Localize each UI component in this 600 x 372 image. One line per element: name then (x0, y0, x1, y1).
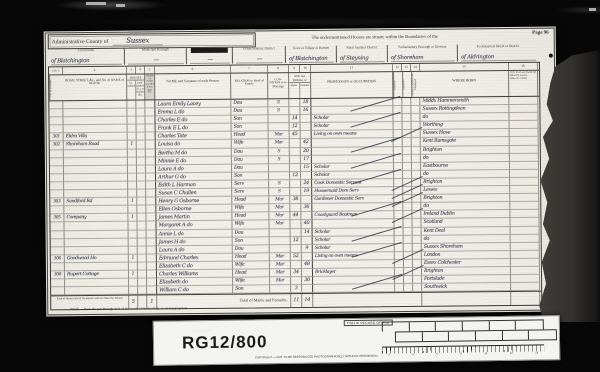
cell-employed (402, 98, 411, 106)
cell-inhabited (128, 206, 137, 214)
cell-infirmity (510, 137, 539, 145)
cell-rooms (147, 254, 157, 262)
cell-age-female (302, 253, 313, 261)
district-box-municipal-ward: Municipal Ward — (186, 47, 232, 64)
cell-employer (393, 98, 402, 106)
cell-age-male (291, 245, 302, 253)
cell-rooms (146, 125, 156, 133)
cell-age-female: 9 (302, 245, 313, 253)
cell-condition: S (269, 156, 290, 164)
cell-uninhabited (137, 149, 146, 157)
cell-rooms (146, 206, 156, 214)
cell-age-male: 34 (291, 269, 302, 277)
census-page: Administrative County of Sussex The unde… (44, 27, 559, 317)
cell-inhabited (128, 133, 137, 141)
cell-rooms (147, 246, 157, 254)
header-infirmity: If (1) Deaf-and-Dumb (2) Blind (3) Lunat… (509, 71, 538, 96)
cell-employer (394, 122, 403, 130)
cell-employed (403, 122, 412, 130)
cell-age-female: 19 (301, 188, 312, 196)
cell-inhabited (129, 246, 138, 254)
cell-condition: Mar (269, 212, 290, 220)
cell-age-male (291, 228, 302, 236)
piece-reference: RG12/800 (182, 332, 268, 353)
cell-employed (403, 138, 412, 146)
cell-inhabited: 1 (128, 198, 137, 206)
cell-age-female: 20 (301, 147, 312, 155)
cell-age-female: 36 (301, 204, 312, 212)
cell-uninhabited (136, 117, 145, 125)
ruler-number: 6 (436, 353, 437, 356)
cell-inhabited: 1 (129, 254, 138, 262)
cell-infirmity (511, 267, 540, 275)
cell-rooms (146, 181, 156, 189)
cell-schedule (51, 231, 65, 239)
cell-condition: S (268, 99, 289, 107)
cell-uninhabited (138, 270, 147, 278)
cell-infirmity (511, 242, 540, 250)
cell-condition: Mar (269, 196, 290, 204)
cell-inhabited (128, 173, 137, 181)
cell-age-female: 17 (301, 156, 312, 164)
cell-schedule: 308 (51, 271, 65, 279)
header-females: Females (300, 83, 311, 98)
cell-infirmity (509, 105, 538, 113)
cell-rooms (146, 189, 156, 197)
cell-schedule: 301 (50, 134, 64, 142)
cell-inhabited (128, 222, 137, 230)
cell-infirmity (511, 234, 540, 242)
cell-age-male (290, 139, 301, 147)
cell-age-male: 44 (290, 212, 301, 220)
column-number: 10 (300, 65, 311, 72)
cell-employer (393, 114, 402, 122)
film-scratch (116, 4, 125, 7)
cell-rooms (145, 117, 155, 125)
cell-neither (413, 235, 422, 243)
cell-employed (403, 163, 412, 171)
header-rooms: Number of rooms occupied if less than fi… (145, 74, 155, 99)
microfilm-photo: { "form": { "admin_county_label": "Admin… (0, 0, 600, 372)
cell-age-female: 40 (301, 220, 312, 228)
cell-inhabited (127, 101, 136, 109)
administrative-county-label: Administrative County of (52, 38, 109, 45)
cell-schedule (50, 182, 64, 190)
cell-schedule (49, 101, 63, 109)
cell-inhabited (128, 165, 137, 173)
column-number: Cols. 1 (49, 67, 63, 74)
cell-uninhabited (138, 287, 147, 295)
cell-infirmity (510, 186, 539, 194)
cell-infirmity (511, 250, 540, 258)
cell-uninhabited (138, 262, 147, 270)
cell-inhabited: 1 (128, 141, 137, 149)
cell-neither (411, 98, 420, 106)
cell-neither (412, 146, 421, 154)
cell-employer (394, 155, 403, 163)
cell-employed (404, 284, 413, 292)
cell-schedule (51, 263, 65, 271)
cell-age-male (291, 277, 302, 285)
cell-uninhabited (138, 230, 147, 238)
cell-condition (269, 123, 290, 131)
cell-age-female (301, 131, 312, 139)
cell-age-male: 52 (291, 253, 302, 261)
cell-age-female (302, 269, 313, 277)
cell-infirmity (510, 178, 539, 186)
cell-uninhabited (137, 222, 146, 230)
cell-infirmity (511, 275, 540, 283)
cell-rooms (146, 198, 156, 206)
column-number: 14 (411, 64, 420, 71)
cell-employed (404, 244, 413, 252)
cell-employed (403, 155, 412, 163)
cell-neither (412, 163, 421, 171)
cell-neither (411, 114, 420, 122)
cell-uninhabited (137, 125, 146, 133)
cell-inhabited (129, 262, 138, 270)
column-number: 4 (136, 66, 145, 73)
header-houses-group: HOUSES In-habited Unin-habited (U.), or … (127, 74, 145, 99)
cell-infirmity (510, 170, 539, 178)
cell-schedule (51, 247, 65, 255)
cell-employed (403, 146, 412, 154)
district-box-parliamentary: Parliamentary Borough or Division of Sho… (387, 44, 457, 62)
cell-neither (411, 106, 420, 114)
cell-condition: Mar (269, 140, 290, 148)
cell-age-male: 12 (291, 237, 302, 245)
page-number: Page 96 (532, 31, 549, 36)
column-number: 5 (145, 66, 155, 73)
cell-condition: S (269, 188, 290, 196)
cell-rooms (145, 108, 155, 116)
cell-rooms (146, 214, 156, 222)
cell-uninhabited (137, 157, 146, 165)
cell-age-male (289, 99, 300, 107)
header-employer: Employer (393, 72, 402, 97)
cell-inhabited (128, 190, 137, 198)
cell-inhabited (128, 125, 137, 133)
cell-schedule (50, 174, 64, 182)
cell-uninhabited (137, 165, 146, 173)
header-occupation: PROFESSION or OCCUPATION (311, 72, 393, 98)
cell-infirmity (510, 145, 539, 153)
cell-inhabited (127, 117, 136, 125)
cell-age-male: 3 (291, 285, 302, 293)
cell-infirmity (511, 259, 540, 267)
cell-condition: Mar (269, 204, 290, 212)
cell-infirmity (510, 194, 539, 202)
cell-rooms (147, 230, 157, 238)
cell-age-female (301, 172, 312, 180)
cell-uninhabited (136, 100, 145, 108)
header-males: Males (289, 83, 300, 98)
district-box-municipal-borough: Municipal Borough — (124, 47, 186, 65)
cell-condition: S (268, 107, 289, 115)
cell-rooms (147, 270, 157, 278)
cell-inhabited: 1 (129, 271, 138, 279)
photographic-scale: 2468101214 (382, 319, 544, 356)
header-name: NAME and Surname of each Person (155, 74, 231, 100)
header-uninhabited: Unin-habited (U.), or Building (B.) (136, 81, 145, 100)
cell-uninhabited (137, 206, 146, 214)
ruler-number: 14 (535, 351, 538, 354)
cell-infirmity (510, 121, 539, 129)
cell-employed (403, 219, 412, 227)
cell-infirmity (509, 97, 538, 105)
cell-condition: Mar (270, 269, 291, 277)
cell-condition (270, 237, 291, 245)
cell-schedule: 306 (51, 255, 65, 263)
cell-age-male: 12 (290, 172, 301, 180)
cell-age-female: 30 (302, 277, 313, 285)
cell-rooms (146, 165, 156, 173)
cell-rooms (146, 222, 156, 230)
column-number: 7 (231, 65, 268, 72)
cell-condition: Mar (270, 253, 291, 261)
cell-infirmity (509, 113, 538, 121)
cell-rooms (146, 141, 156, 149)
cell-neither (412, 219, 421, 227)
cell-inhabited (127, 109, 136, 117)
cell-age-female (301, 196, 312, 204)
cell-inhabited (129, 287, 138, 295)
reference-strip: PUBLIC RECORD OFFICE ·········· RG12/800… (153, 315, 561, 366)
cell-uninhabited (138, 254, 147, 262)
cell-uninhabited (138, 279, 147, 287)
cell-employed (402, 114, 411, 122)
cell-employed (403, 203, 412, 211)
punch-hole (549, 54, 553, 58)
cell-employed (402, 106, 411, 114)
cell-age-female (301, 123, 312, 131)
column-number: 15 (420, 63, 509, 71)
cell-uninhabited (137, 198, 146, 206)
cell-schedule (50, 158, 64, 166)
district-box-ecclesiastical: Ecclesiastical Parish or District of Ald… (457, 44, 538, 62)
column-number: 9 (289, 65, 300, 72)
film-scratch (589, 8, 596, 11)
cell-employed (404, 260, 413, 268)
cell-rooms (146, 133, 156, 141)
district-box-rural-sanitary: Rural Sanitary District of Steyning (336, 45, 387, 62)
cell-infirmity (510, 218, 539, 226)
cell-age-female: 15 (301, 164, 312, 172)
cell-uninhabited (137, 190, 146, 198)
cell-inhabited (129, 230, 138, 238)
column-number: 2 (63, 67, 127, 75)
cell-employer (394, 171, 403, 179)
cell-employer (395, 244, 404, 252)
cell-neither (413, 227, 422, 235)
ruler-number: 10 (484, 352, 487, 355)
cell-age-female: 16 (300, 107, 311, 115)
cell-age-male (291, 261, 302, 269)
cell-infirmity (511, 226, 540, 234)
ruler-number: 8 (460, 353, 461, 356)
table-body: Laura Emily LaceyDauS18Middx Hammersmith… (49, 97, 541, 296)
cell-rooms (146, 157, 156, 165)
cell-age-male: 12 (290, 123, 301, 131)
cell-schedule (49, 117, 63, 125)
ruler-number: 2 (388, 354, 389, 357)
cell-employed (403, 171, 412, 179)
cell-condition (269, 164, 290, 172)
cell-age-male: 45 (290, 131, 301, 139)
cell-age-female: 18 (300, 99, 311, 107)
district-box-urban-sanitary: Urban Sanitary District — (232, 46, 285, 64)
cell-rooms (147, 238, 157, 246)
cell-schedule (49, 109, 63, 117)
cell-uninhabited (138, 246, 147, 254)
column-number: 8 (268, 65, 289, 72)
cell-age-female: 42 (301, 139, 312, 147)
cell-schedule (50, 166, 64, 174)
cell-neither (413, 284, 422, 292)
cell-condition (270, 245, 291, 253)
boundaries-statement: The undermentioned Houses are situate wi… (256, 33, 494, 40)
cell-employer (395, 228, 404, 236)
cell-condition: S (269, 180, 290, 188)
cell-condition: Mar (270, 277, 291, 285)
cell-age-male (290, 156, 301, 164)
cell-neither (412, 155, 421, 163)
cell-neither (413, 276, 422, 284)
header-age-group: AGE last Birthday of Males Females (289, 73, 311, 98)
cell-inhabited: 1 (128, 214, 137, 222)
cell-inhabited (129, 279, 138, 287)
cell-condition (269, 172, 290, 180)
census-table: Cols. 12345678910111213141516 No. of Sch… (48, 62, 542, 311)
cell-condition: S (269, 148, 290, 156)
cell-infirmity (510, 129, 539, 137)
cell-employed (404, 236, 413, 244)
column-number: 3 (127, 67, 136, 74)
cell-age-female (301, 212, 312, 220)
cell-inhabited (129, 238, 138, 246)
cell-rooms (146, 149, 156, 157)
ruler-number: 12 (510, 352, 513, 355)
cell-condition: Mar (270, 261, 291, 269)
header-road: ROAD, STREET, &c., and No. or NAME of HO… (63, 75, 127, 101)
cell-condition: Mar (269, 131, 290, 139)
cell-age-male (289, 107, 300, 115)
cell-condition (270, 229, 291, 237)
cell-schedule (50, 150, 64, 158)
cell-age-female: 48 (302, 261, 313, 269)
cell-employed (404, 276, 413, 284)
column-number: 6 (155, 66, 231, 74)
cell-employed (404, 227, 413, 235)
cell-age-male (290, 204, 301, 212)
column-number: 12 (393, 64, 402, 71)
header-condition: CON- DITION as to Marriage (268, 73, 289, 98)
cell-uninhabited (137, 214, 146, 222)
cell-schedule (51, 287, 65, 295)
cell-condition (270, 285, 291, 293)
column-number: 13 (402, 64, 411, 71)
cell-age-male (290, 188, 301, 196)
cell-infirmity (510, 210, 539, 218)
total-males: 11 (291, 294, 302, 307)
cell-rooms (147, 262, 157, 270)
header-where-born: WHERE BORN (420, 71, 509, 97)
cell-age-male (290, 180, 301, 188)
cell-age-female: 14 (302, 228, 313, 236)
cell-uninhabited (138, 238, 147, 246)
cell-rooms (146, 173, 156, 181)
film-scratch (86, 2, 106, 5)
cell-uninhabited (137, 181, 146, 189)
cell-employer (395, 284, 404, 292)
cell-schedule (51, 239, 65, 247)
cell-age-male (290, 220, 301, 228)
cell-rooms (145, 100, 155, 108)
footnote: NOTE.—Draw the pen through such of the w… (70, 306, 188, 311)
cell-age-female (300, 115, 311, 123)
cell-age-female (302, 236, 313, 244)
cell-schedule: 302 (50, 142, 64, 150)
header-relation: RELATION to Head of Family (231, 73, 268, 98)
column-number: 16 (509, 63, 538, 70)
cell-inhabited (128, 182, 137, 190)
cell-uninhabited (137, 141, 146, 149)
cell-rooms (147, 278, 157, 286)
cell-infirmity (510, 161, 539, 169)
header-schedule: No. of Schedule (49, 75, 63, 100)
cell-schedule (51, 279, 65, 287)
cell-age-female: 24 (301, 180, 312, 188)
ruler-number: 4 (412, 353, 413, 356)
cell-age-male: 14 (289, 115, 300, 123)
column-number: 11 (311, 64, 393, 72)
cell-schedule (50, 206, 64, 214)
cell-schedule (50, 126, 64, 134)
cell-age-female (302, 285, 313, 293)
cell-inhabited (128, 157, 137, 165)
cell-condition: Mar (269, 221, 290, 229)
header-neither: Neither Employer nor Employed (411, 72, 420, 97)
cell-schedule (50, 190, 64, 198)
cell-infirmity (510, 202, 539, 210)
cell-schedule (50, 223, 64, 231)
cell-uninhabited (136, 109, 145, 117)
cell-age-male (290, 164, 301, 172)
district-box-town-village: Town or Village or Hamlet of Blatchingto… (285, 46, 336, 63)
header-employed: Employed (402, 72, 411, 97)
cell-age-male: 38 (290, 196, 301, 204)
administrative-county-value: Sussex (112, 36, 163, 45)
header-inhabited: In-habited (127, 81, 136, 100)
cell-infirmity (511, 283, 540, 291)
cell-infirmity (510, 153, 539, 161)
total-females: 14 (302, 294, 313, 307)
cell-schedule: 305 (50, 215, 64, 223)
cell-schedule: 303 (50, 198, 64, 206)
cell-inhabited (128, 149, 137, 157)
cell-condition (268, 115, 289, 123)
cell-rooms (147, 287, 157, 295)
scale-bar-offset (395, 329, 557, 342)
district-box-civil-parish: Civil Parish of Blatchington (48, 48, 124, 66)
cell-uninhabited (137, 133, 146, 141)
cell-neither (412, 138, 421, 146)
cell-uninhabited (137, 173, 146, 181)
cell-age-male (290, 148, 301, 156)
